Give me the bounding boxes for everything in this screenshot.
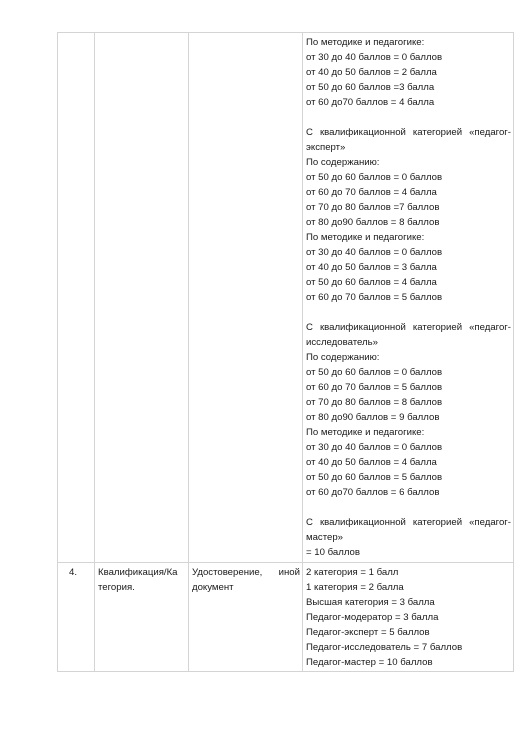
scale-line: от 80 до90 баллов = 9 баллов	[306, 410, 511, 425]
scale-line: от 50 до 60 баллов = 0 баллов	[306, 365, 511, 380]
scale-line: от 50 до 60 баллов = 0 баллов	[306, 170, 511, 185]
scale-line: от 40 до 50 баллов = 4 балла	[306, 455, 511, 470]
scale-line: от 60 до 70 баллов = 5 баллов	[306, 290, 511, 305]
score-line: Педагог-исследователь = 7 баллов	[306, 640, 511, 655]
score-line: 2 категория = 1 балл	[306, 565, 511, 580]
criterion-name-cell	[95, 33, 189, 563]
number-cell: 4.	[58, 563, 95, 672]
master-heading: С квалификационной категорией «педагог-	[306, 515, 511, 530]
row-number: 4.	[58, 563, 94, 580]
score-line: Педагог-модератор = 3 балла	[306, 610, 511, 625]
expert-method-heading: По методике и педагогике:	[306, 230, 511, 245]
researcher-heading-cont: исследователь»	[306, 335, 511, 350]
scoring-cell: 2 категория = 1 балл 1 категория = 2 бал…	[303, 563, 514, 672]
criterion-name-cell: Квалификация/Ка тегория.	[95, 563, 189, 672]
document-cell: Удостоверение, иной документ	[189, 563, 303, 672]
scoring-cell: По методике и педагогике: от 30 до 40 ба…	[303, 33, 514, 563]
scale-line: от 80 до90 баллов = 8 баллов	[306, 215, 511, 230]
number-cell	[58, 33, 95, 563]
score-line: Высшая категория = 3 балла	[306, 595, 511, 610]
researcher-content-heading: По содержанию:	[306, 350, 511, 365]
blank-line	[306, 500, 511, 515]
master-value: = 10 баллов	[306, 545, 511, 560]
scale-line: от 40 до 50 баллов = 2 балла	[306, 65, 511, 80]
scale-line: от 40 до 50 баллов = 3 балла	[306, 260, 511, 275]
table-row-4: 4. Квалификация/Ка тегория. Удостоверени…	[58, 563, 514, 672]
scale-line: от 50 до 60 баллов = 4 балла	[306, 275, 511, 290]
criteria-table: По методике и педагогике: от 30 до 40 ба…	[57, 32, 514, 672]
score-line: Педагог-эксперт = 5 баллов	[306, 625, 511, 640]
scale-line: от 60 до 70 баллов = 4 балла	[306, 185, 511, 200]
researcher-method-heading: По методике и педагогике:	[306, 425, 511, 440]
scale-line: от 50 до 60 баллов =3 балла	[306, 80, 511, 95]
scale-line: от 60 до70 баллов = 4 балла	[306, 95, 511, 110]
document-type: Удостоверение, иной документ	[189, 563, 302, 595]
scoring-text: По методике и педагогике: от 30 до 40 ба…	[303, 33, 513, 560]
blank-line	[306, 110, 511, 125]
scale-line: от 70 до 80 баллов =7 баллов	[306, 200, 511, 215]
blank-line	[306, 305, 511, 320]
scale-line: от 60 до 70 баллов = 5 баллов	[306, 380, 511, 395]
document-page: По методике и педагогике: от 30 до 40 ба…	[0, 0, 531, 750]
score-line: 1 категория = 2 балла	[306, 580, 511, 595]
moderator-method-heading: По методике и педагогике:	[306, 35, 511, 50]
score-line: Педагог-мастер = 10 баллов	[306, 655, 511, 670]
scale-line: от 70 до 80 баллов = 8 баллов	[306, 395, 511, 410]
scale-line: от 30 до 40 баллов = 0 баллов	[306, 440, 511, 455]
scale-line: от 30 до 40 баллов = 0 баллов	[306, 50, 511, 65]
criterion-name: Квалификация/Ка тегория.	[95, 563, 188, 595]
researcher-heading: С квалификационной категорией «педагог-	[306, 320, 511, 335]
scale-line: от 30 до 40 баллов = 0 баллов	[306, 245, 511, 260]
category-scores: 2 категория = 1 балл 1 категория = 2 бал…	[303, 563, 513, 670]
expert-heading-cont: эксперт»	[306, 140, 511, 155]
expert-content-heading: По содержанию:	[306, 155, 511, 170]
document-cell	[189, 33, 303, 563]
master-heading-cont: мастер»	[306, 530, 511, 545]
scale-line: от 50 до 60 баллов = 5 баллов	[306, 470, 511, 485]
expert-heading: С квалификационной категорией «педагог-	[306, 125, 511, 140]
table-row-continued: По методике и педагогике: от 30 до 40 ба…	[58, 33, 514, 563]
scale-line: от 60 до70 баллов = 6 баллов	[306, 485, 511, 500]
